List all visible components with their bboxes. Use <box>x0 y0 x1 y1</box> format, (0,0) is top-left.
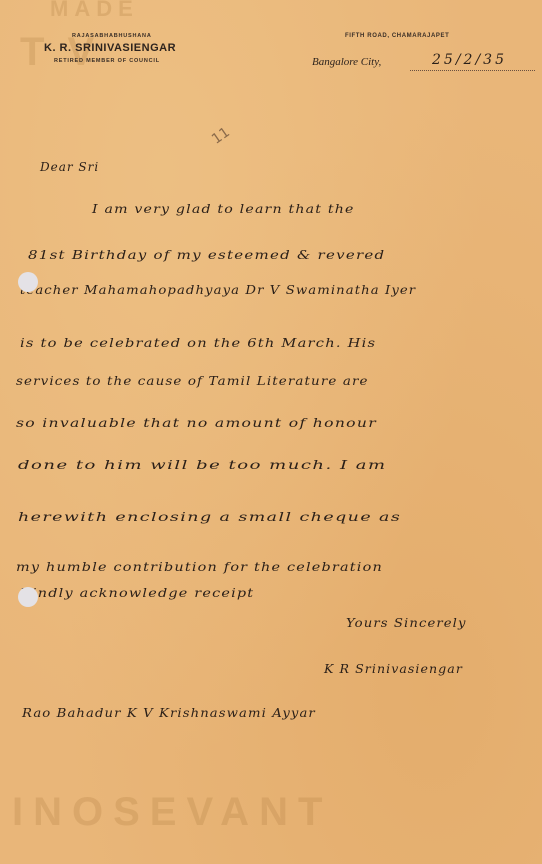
letter-line-3: teacher Mahamahopadhyaya Dr V Swaminatha… <box>20 283 416 297</box>
letter-line-6: so invaluable that no amount of honour <box>16 416 377 430</box>
letter-line-2: 81st Birthday of my esteemed & revered <box>28 248 385 262</box>
letter-closing: Yours Sincerely <box>346 616 467 630</box>
salutation: Dear Sri <box>40 160 99 174</box>
letter-page: MADE T V INOSEVANT RAJASABHABHUSHANA K. … <box>0 0 542 864</box>
watermark-bottom: INOSEVANT <box>12 790 332 835</box>
letter-line-1: I am very glad to learn that the <box>92 202 355 216</box>
letter-line-10: Kindly acknowledge receipt <box>20 586 254 600</box>
punch-hole-top <box>18 272 38 292</box>
date-line <box>410 70 535 71</box>
letter-addressee: Rao Bahadur K V Krishnaswami Ayyar <box>22 706 316 720</box>
letterhead-name: K. R. SRINIVASIENGAR <box>44 42 176 54</box>
letter-line-7: done to him will be too much. I am <box>18 458 387 472</box>
watermark-top: MADE <box>50 0 139 22</box>
letter-signature: K R Srinivasiengar <box>324 662 463 676</box>
letterhead-honorific: RAJASABHABHUSHANA <box>72 33 152 39</box>
annotation-mark: 11 <box>209 124 233 147</box>
letter-date: 25/2/35 <box>432 52 507 68</box>
punch-hole-bottom <box>18 587 38 607</box>
letterhead-subtitle: RETIRED MEMBER OF COUNCIL <box>54 58 160 64</box>
letterhead-city: Bangalore City, <box>312 56 381 68</box>
letter-line-4: is to be celebrated on the 6th March. Hi… <box>20 336 376 350</box>
letter-line-9: my humble contribution for the celebrati… <box>16 560 383 574</box>
letter-line-8: herewith enclosing a small cheque as <box>18 510 401 524</box>
letter-line-5: services to the cause of Tamil Literatur… <box>16 374 369 388</box>
letterhead-address: FIFTH ROAD, CHAMARAJAPET <box>345 33 449 39</box>
